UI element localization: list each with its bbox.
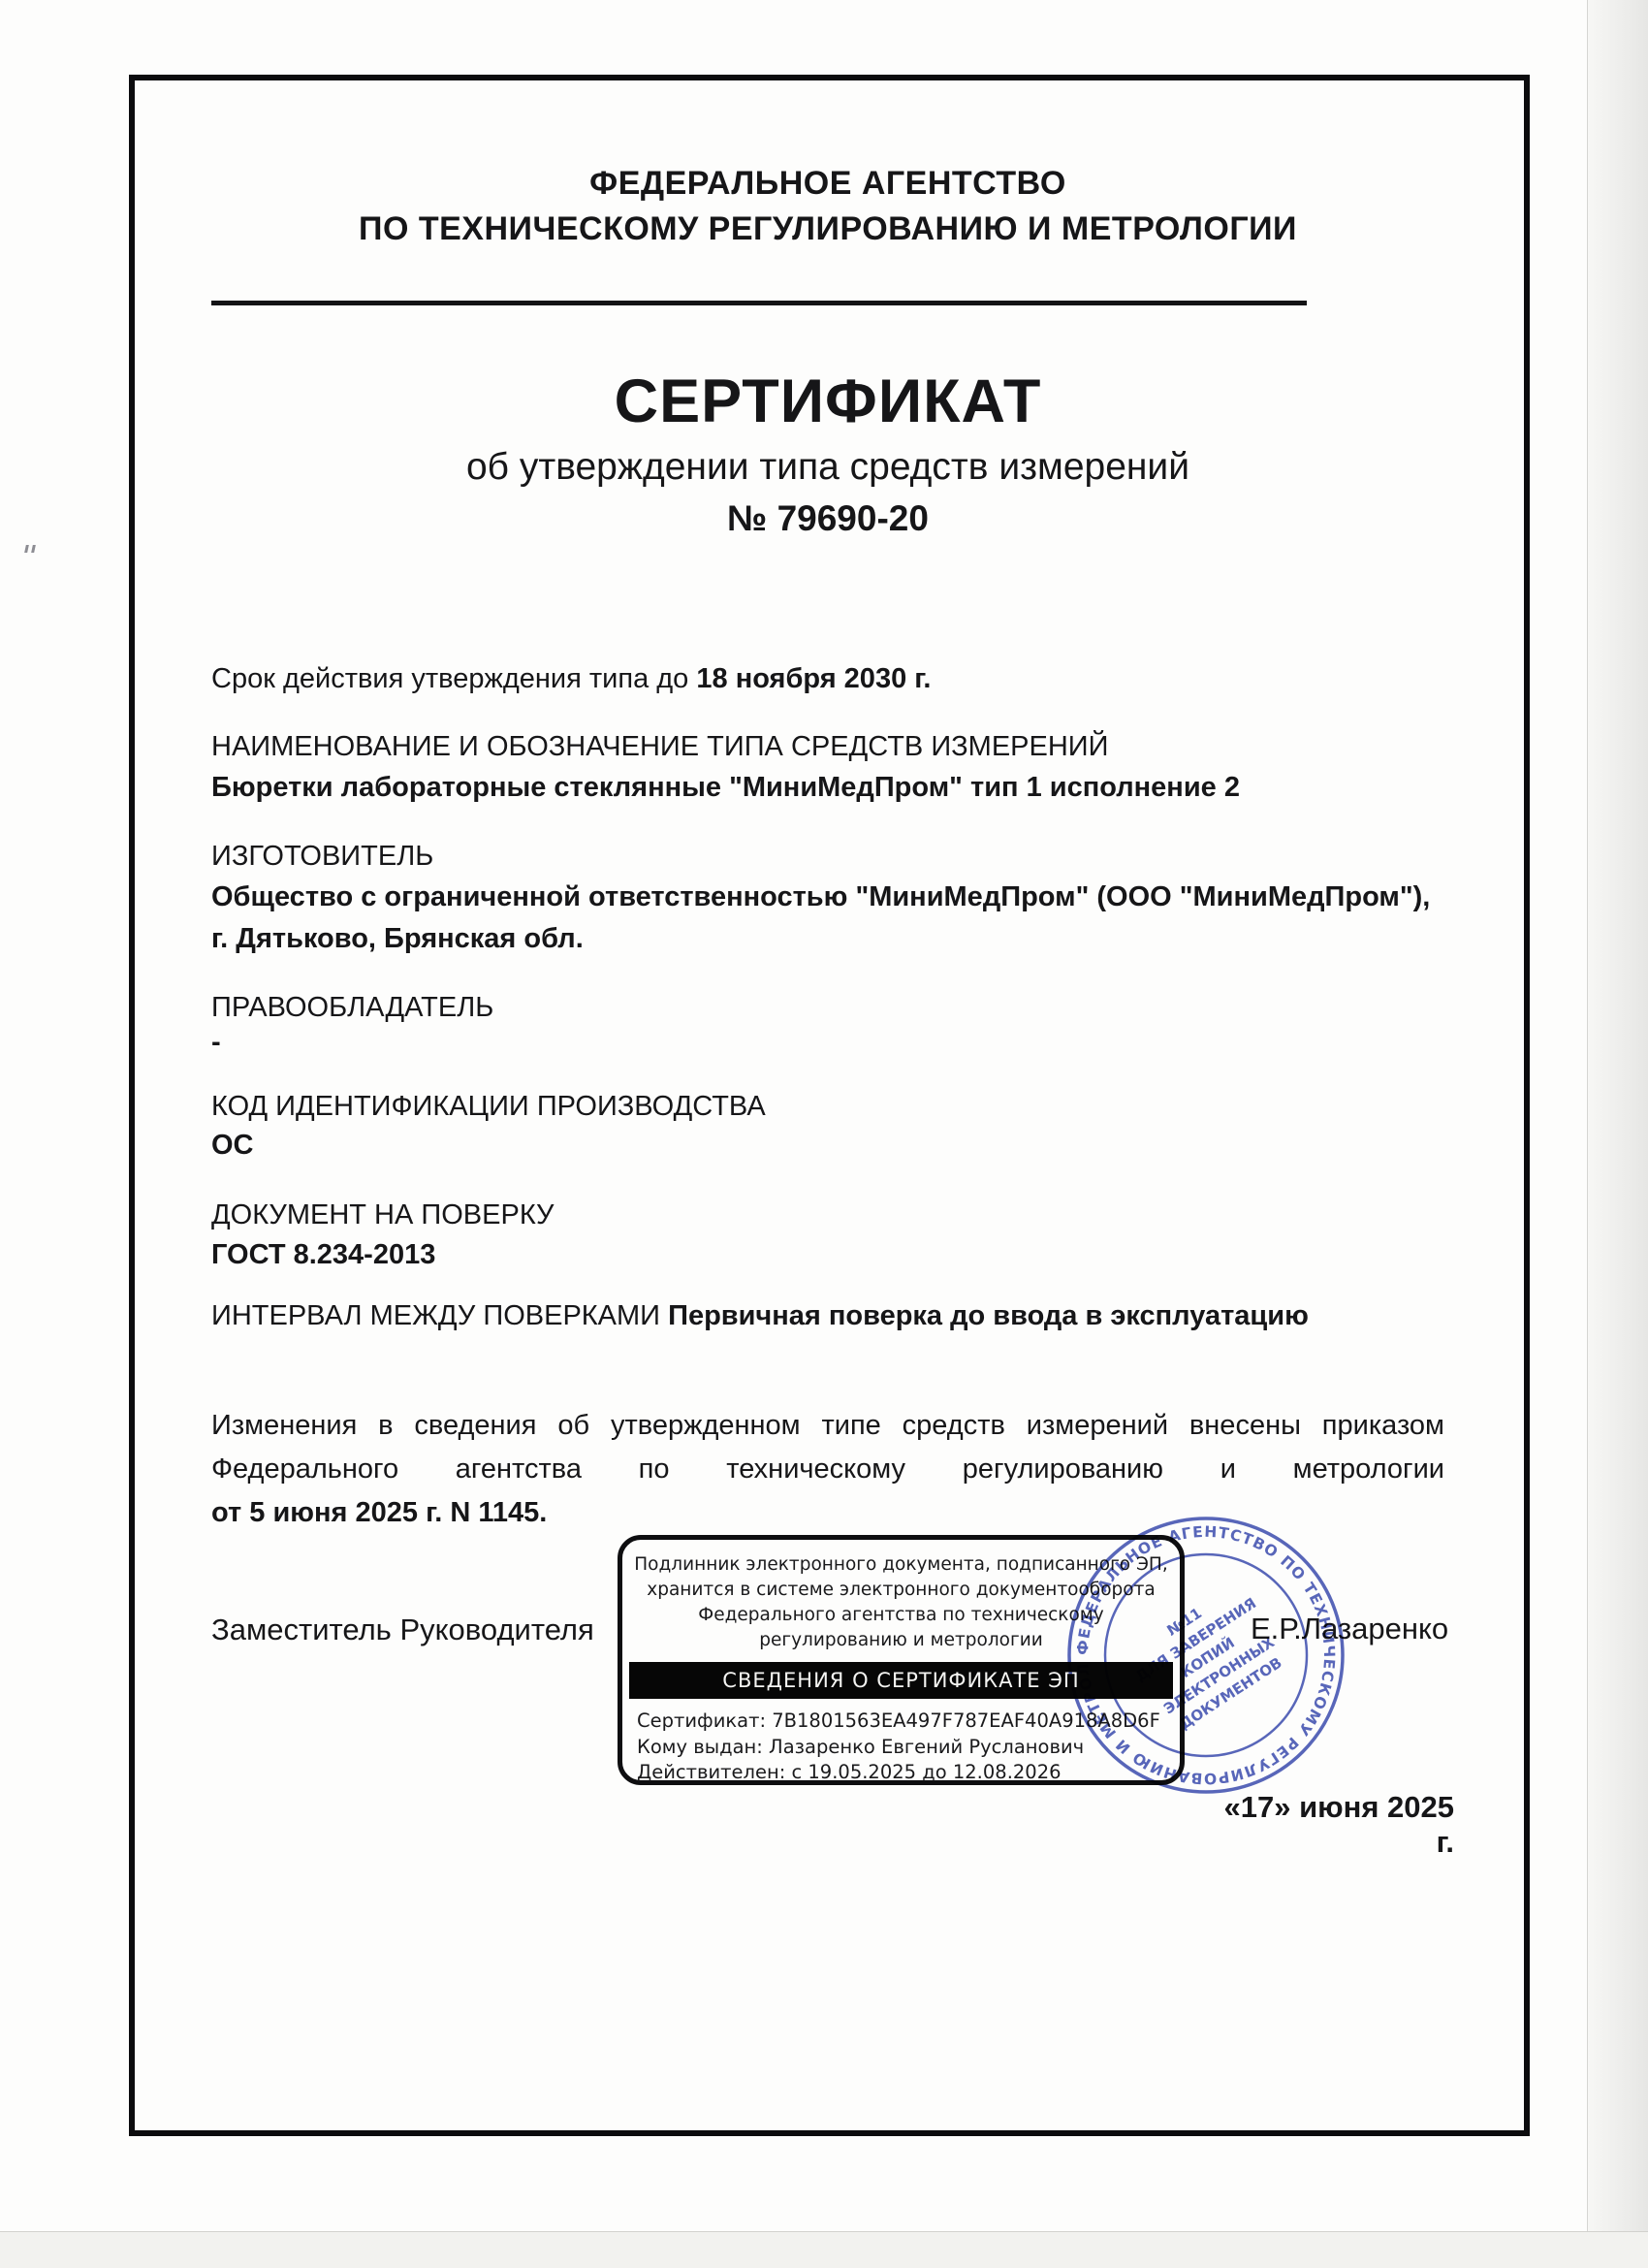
- esign-intro-line1: Подлинник электронного документа, подпис…: [630, 1552, 1172, 1578]
- interval-line: ИНТЕРВАЛ МЕЖДУ ПОВЕРКАМИ Первичная повер…: [211, 1299, 1444, 1332]
- esign-intro-line2: хранится в системе электронного документ…: [630, 1578, 1172, 1603]
- signature-date: «17» июня 2025 г.: [1202, 1790, 1454, 1860]
- production-code-label: КОД ИДЕНТИФИКАЦИИ ПРОИЗВОДСТВА: [211, 1090, 1444, 1123]
- agency-header: ФЕДЕРАЛЬНОЕ АГЕНТСТВО ПО ТЕХНИЧЕСКОМУ РЕ…: [211, 161, 1444, 252]
- electronic-signature-box: Подлинник электронного документа, подпис…: [618, 1535, 1185, 1785]
- esign-intro-line4: регулированию и метрологии: [630, 1628, 1172, 1653]
- esign-intro: Подлинник электронного документа, подпис…: [622, 1540, 1180, 1653]
- type-name-label: НАИМЕНОВАНИЕ И ОБОЗНАЧЕНИЕ ТИПА СРЕДСТВ …: [211, 730, 1444, 763]
- esign-details: Сертификат: 7B1801563EA497F787EAF40A918A…: [622, 1699, 1180, 1786]
- amendment-line1: Изменения в сведения об утвержденном тип…: [211, 1404, 1444, 1448]
- validity-value: 18 ноября 2030 г.: [696, 663, 931, 694]
- agency-header-line2: ПО ТЕХНИЧЕСКОМУ РЕГУЛИРОВАНИЮ И МЕТРОЛОГ…: [211, 207, 1444, 252]
- signatory-position: Заместитель Руководителя: [211, 1613, 594, 1647]
- certificate-subtitle: об утверждении типа средств измерений: [211, 446, 1444, 489]
- certificate-number: № 79690-20: [211, 498, 1444, 539]
- amendment-line3: от 5 июня 2025 г. N 1145.: [211, 1491, 1444, 1535]
- rights-holder-label: ПРАВООБЛАДАТЕЛЬ: [211, 991, 1444, 1024]
- esign-issued-to: Кому выдан: Лазаренко Евгений Русланович: [637, 1735, 1180, 1761]
- manufacturer-label: ИЗГОТОВИТЕЛЬ: [211, 840, 1444, 873]
- scan-artifact: [25, 545, 39, 555]
- interval-label: ИНТЕРВАЛ МЕЖДУ ПОВЕРКАМИ: [211, 1300, 668, 1331]
- scanned-paper-right-edge: [1587, 0, 1648, 2268]
- esign-certificate-id: Сертификат: 7B1801563EA497F787EAF40A918A…: [637, 1709, 1180, 1735]
- esign-certificate-info-bar: СВЕДЕНИЯ О СЕРТИФИКАТЕ ЭП: [629, 1662, 1173, 1699]
- validity-line: Срок действия утверждения типа до 18 ноя…: [211, 662, 1444, 695]
- certificate-title: СЕРТИФИКАТ: [211, 367, 1444, 436]
- manufacturer-value-line2: г. Дятьково, Брянская обл.: [211, 922, 1444, 955]
- esign-valid-period: Действителен: с 19.05.2025 до 12.08.2026: [637, 1760, 1180, 1786]
- production-code-value: ОС: [211, 1129, 1444, 1162]
- scanned-paper-bottom-edge: [0, 2231, 1648, 2268]
- manufacturer-value-line1: Общество с ограниченной ответственностью…: [211, 880, 1444, 913]
- agency-header-line1: ФЕДЕРАЛЬНОЕ АГЕНТСТВО: [211, 161, 1444, 207]
- validity-label: Срок действия утверждения типа до: [211, 663, 696, 694]
- header-divider: [211, 301, 1307, 305]
- type-name-value: Бюретки лабораторные стеклянные "МиниМед…: [211, 771, 1444, 804]
- certificate-page: ФЕДЕРАЛЬНОЕ АГЕНТСТВО ПО ТЕХНИЧЕСКОМУ РЕ…: [0, 0, 1648, 2268]
- interval-value: Первичная поверка до ввода в эксплуатаци…: [668, 1300, 1309, 1331]
- esign-intro-line3: Федерального агентства по техническому: [630, 1603, 1172, 1628]
- signatory-name: Е.Р.Лазаренко: [1251, 1612, 1448, 1646]
- amendment-line2: Федерального агентства по техническому р…: [211, 1448, 1444, 1491]
- rights-holder-value: -: [211, 1026, 1444, 1059]
- verification-doc-value: ГОСТ 8.234-2013: [211, 1238, 1444, 1271]
- verification-doc-label: ДОКУМЕНТ НА ПОВЕРКУ: [211, 1198, 1444, 1231]
